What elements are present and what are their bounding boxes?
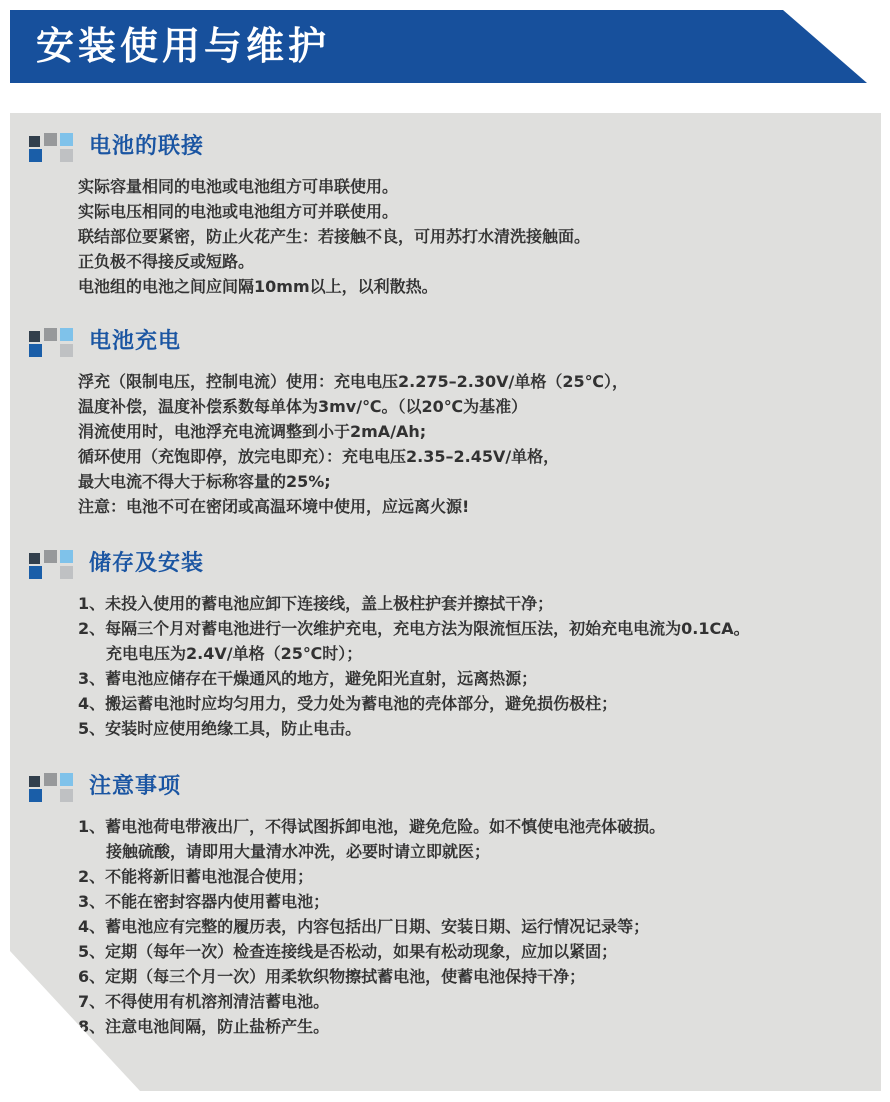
section-heading: 储存及安装 (10, 549, 881, 579)
content-panel: 电池的联接 实际容量相同的电池或电池组方可串联使用。 实际电压相同的电池或电池组… (10, 113, 881, 1091)
body-line: 联结部位要紧密，防止火花产生：若接触不良，可用苏打水清洗接触面。 (78, 224, 838, 249)
page-header-banner: 安装使用与维护 (10, 10, 867, 83)
body-line: 1、未投入使用的蓄电池应卸下连接线，盖上极柱护套并擦拭干净； (78, 591, 838, 616)
section-battery-connection: 电池的联接 实际容量相同的电池或电池组方可串联使用。 实际电压相同的电池或电池组… (10, 132, 881, 299)
body-line: 涓流使用时，电池浮充电流调整到小于2mA/Ah; (78, 419, 838, 444)
section-body: 1、未投入使用的蓄电池应卸下连接线，盖上极柱护套并擦拭干净； 2、每隔三个月对蓄… (78, 591, 838, 741)
body-line: 1、蓄电池荷电带液出厂，不得试图拆卸电池，避免危险。如不慎使电池壳体破损。 (78, 814, 838, 839)
body-line: 温度补偿，温度补偿系数每单体为3mv/℃。（以20℃为基准） (78, 394, 838, 419)
body-line: 实际容量相同的电池或电池组方可串联使用。 (78, 174, 838, 199)
body-line: 6、定期（每三个月一次）用柔软织物擦拭蓄电池，使蓄电池保持干净； (78, 964, 838, 989)
body-line: 8、注意电池间隔，防止盐桥产生。 (78, 1014, 838, 1039)
body-line: 浮充（限制电压，控制电流）使用：充电电压2.275–2.30V/单格（25℃）， (78, 369, 838, 394)
body-line: 4、搬运蓄电池时应均匀用力，受力处为蓄电池的壳体部分，避免损伤极柱； (78, 691, 838, 716)
body-line-continuation: 接触硫酸，请即用大量清水冲洗，必要时请立即就医； (78, 839, 838, 864)
section-battery-charging: 电池充电 浮充（限制电压，控制电流）使用：充电电压2.275–2.30V/单格（… (10, 327, 881, 519)
body-line: 5、定期（每年一次）检查连接线是否松动，如果有松动现象，应加以紧固； (78, 939, 838, 964)
body-line: 循环使用（充饱即停，放完电即充）：充电电压2.35–2.45V/单格， (78, 444, 838, 469)
pixel-squares-icon (29, 133, 74, 162)
section-storage-installation: 储存及安装 1、未投入使用的蓄电池应卸下连接线，盖上极柱护套并擦拭干净； 2、每… (10, 549, 881, 741)
pixel-squares-icon (29, 328, 74, 357)
section-body: 实际容量相同的电池或电池组方可串联使用。 实际电压相同的电池或电池组方可并联使用… (78, 174, 838, 299)
pixel-squares-icon (29, 550, 74, 579)
body-line: 7、不得使用有机溶剂清洁蓄电池。 (78, 989, 838, 1014)
body-line: 2、每隔三个月对蓄电池进行一次维护充电，充电方法为限流恒压法，初始充电电流为0.… (78, 616, 838, 641)
body-line: 正负极不得接反或短路。 (78, 249, 838, 274)
body-line: 2、不能将新旧蓄电池混合使用； (78, 864, 838, 889)
body-line: 注意：电池不可在密闭或高温环境中使用，应远离火源! (78, 494, 838, 519)
section-heading: 电池充电 (10, 327, 881, 357)
page-title: 安装使用与维护 (10, 10, 867, 67)
section-title: 储存及安装 (89, 549, 204, 579)
body-line: 最大电流不得大于标称容量的25%; (78, 469, 838, 494)
section-heading: 电池的联接 (10, 132, 881, 162)
body-line: 电池组的电池之间应间隔10mm以上，以利散热。 (78, 274, 838, 299)
pixel-squares-icon (29, 773, 74, 802)
body-line: 实际电压相同的电池或电池组方可并联使用。 (78, 199, 838, 224)
manual-page: 安装使用与维护 电池的联接 实际容量相同的电池或电池组方可串联使用。 实际电压相… (0, 0, 890, 1102)
section-title: 注意事项 (89, 772, 181, 802)
body-line-continuation: 充电电压为2.4V/单格（25℃时）； (78, 641, 838, 666)
section-title: 电池的联接 (89, 132, 204, 162)
section-body: 1、蓄电池荷电带液出厂，不得试图拆卸电池，避免危险。如不慎使电池壳体破损。 接触… (78, 814, 838, 1039)
section-precautions: 注意事项 1、蓄电池荷电带液出厂，不得试图拆卸电池，避免危险。如不慎使电池壳体破… (10, 772, 881, 1039)
body-line: 3、蓄电池应储存在干燥通风的地方，避免阳光直射，远离热源； (78, 666, 838, 691)
section-heading: 注意事项 (10, 772, 881, 802)
body-line: 5、安装时应使用绝缘工具，防止电击。 (78, 716, 838, 741)
body-line: 4、蓄电池应有完整的履历表，内容包括出厂日期、安装日期、运行情况记录等； (78, 914, 838, 939)
section-title: 电池充电 (89, 327, 181, 357)
body-line: 3、不能在密封容器内使用蓄电池； (78, 889, 838, 914)
section-body: 浮充（限制电压，控制电流）使用：充电电压2.275–2.30V/单格（25℃），… (78, 369, 838, 519)
